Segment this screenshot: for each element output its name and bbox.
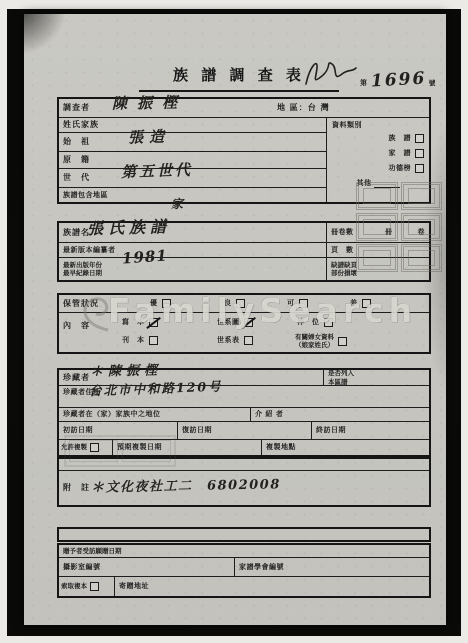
document-number-suffix: 號 xyxy=(429,79,436,87)
origin-label: 原 籍 xyxy=(63,155,90,164)
empty-row xyxy=(59,459,429,471)
section-identity-table: 調查者 地 區：台 灣 姓氏家族 始 祖 原 籍 世 代 族譜包含地區 資料類別… xyxy=(57,97,431,204)
manuscript-label: 寫 本 xyxy=(122,318,145,327)
material-option-family: 家 譜 xyxy=(332,149,424,158)
notes-table: 附 註 xyxy=(57,457,431,507)
blank-box xyxy=(57,527,431,542)
material-type-header: 資料類別 xyxy=(332,121,424,130)
missing-pages-label-line2: 部份損壞 xyxy=(331,269,357,277)
content-manuscript: 寫 本 xyxy=(122,318,158,327)
condition-option-excellent: 優 xyxy=(150,299,171,308)
women-data-label-line2: （娘家姓氏） xyxy=(295,341,334,349)
printed-copy-checkbox xyxy=(149,336,158,345)
lineage-chart-label: 世系圖 xyxy=(217,318,240,327)
scanned-document-viewport: 族 譜 調 查 表 第 1696 號 調查者 地 區：台 灣 姓氏家族 始 祖 … xyxy=(0,0,468,643)
final-visit-label: 終訪日期 xyxy=(316,426,346,435)
listed-label-line1: 是否列入 xyxy=(328,369,354,377)
lineage-table-checkbox xyxy=(244,336,253,345)
missing-pages-label-line1: 缺譜缺頁 xyxy=(331,261,357,269)
latest-year-label-line2: 最早紀錄日期 xyxy=(63,269,102,277)
donor-date-label: 贈予者受訪願贈日期 xyxy=(63,547,122,555)
page-count-label: 頁 數 xyxy=(331,246,354,255)
lineage-table-label: 世系表 xyxy=(217,336,240,345)
content-ancestral-tablet: 神 位 xyxy=(297,318,333,327)
content-printed-copy: 刊 本 xyxy=(122,336,158,345)
generation-label: 世 代 xyxy=(63,173,90,182)
surveyor-label: 調查者 xyxy=(63,103,90,112)
printed-copy-label: 刊 本 xyxy=(122,336,145,345)
material-option-merit-label: 功德榜 xyxy=(389,164,412,173)
material-type-cell: 資料類別 族 譜 家 譜 功德榜 xyxy=(327,118,429,202)
section-donation-table: 贈予者受訪願贈日期 攝影室編號 家譜學會編號 索取複本 寄贈地址 xyxy=(57,543,431,598)
section-genealogy-table: 族譜名 冊卷數 冊 卷 最新版本編纂者 頁 數 最新出版年份 最早紀錄日期 xyxy=(57,221,431,282)
return-visit-label: 復訪日期 xyxy=(182,426,212,435)
material-option-merit: 功德榜 xyxy=(332,164,424,173)
condition-option-good: 良 xyxy=(224,299,245,308)
section-collector-table: 珍藏者 是否列入 本區譜 珍藏者住址 珍藏者在（家）家族中之地位 介 紹 者 初… xyxy=(57,368,431,457)
manuscript-checkbox xyxy=(149,318,158,327)
condition-good-checkbox xyxy=(236,299,245,308)
material-option-family-label: 家 譜 xyxy=(389,149,412,158)
volumes-label: 冊卷數 xyxy=(331,228,354,237)
first-ancestor-label: 始 祖 xyxy=(63,137,90,146)
listed-label-line2: 本區譜 xyxy=(328,378,354,386)
surveyor-row: 調查者 地 區：台 灣 xyxy=(59,99,429,118)
condition-excellent-label: 優 xyxy=(150,299,158,308)
collector-position-label: 珍藏者在（家）家族中之地位 xyxy=(63,410,161,419)
condition-label: 保管狀況 xyxy=(63,299,99,308)
genealogy-name-label: 族譜名 xyxy=(63,228,90,237)
content-label: 內 容 xyxy=(63,321,90,330)
condition-good-label: 良 xyxy=(224,299,232,308)
document-number-prefix: 第 xyxy=(360,79,368,88)
clan-genealogy-checkbox xyxy=(415,134,424,143)
notes-label: 附 註 xyxy=(63,483,90,492)
copy-date-label: 預期複製日期 xyxy=(117,443,162,452)
family-label: 姓氏家族 xyxy=(63,120,99,129)
latest-editor-label: 最新版本編纂者 xyxy=(63,246,116,255)
latest-year-label-line1: 最新出版年份 xyxy=(63,261,102,269)
collector-address-label: 珍藏者住址 xyxy=(63,388,101,397)
form-title: 族 譜 調 查 表 xyxy=(139,64,339,92)
introducer-label: 介 紹 者 xyxy=(255,410,283,419)
film-room-number-label: 攝影室編號 xyxy=(63,563,101,572)
content-lineage-table: 世系表 xyxy=(217,336,253,345)
family-genealogy-checkbox xyxy=(415,149,424,158)
condition-fair-label: 可 xyxy=(287,299,295,308)
section-condition-table: 保管狀況 優 良 可 差 xyxy=(57,293,431,354)
identity-left-column: 姓氏家族 始 祖 原 籍 世 代 族譜包含地區 xyxy=(59,118,327,202)
women-data-checkbox xyxy=(338,337,347,346)
condition-excellent-checkbox xyxy=(162,299,171,308)
condition-option-poor: 差 xyxy=(350,299,371,308)
collector-label: 珍藏者 xyxy=(63,373,90,382)
coverage-label: 族譜包含地區 xyxy=(63,191,108,200)
lineage-chart-checkbox xyxy=(244,318,253,327)
mailing-address-label: 寄贈地址 xyxy=(119,582,149,591)
form-page: 族 譜 調 查 表 第 1696 號 調查者 地 區：台 灣 姓氏家族 始 祖 … xyxy=(24,14,446,625)
copy-permission-label: 允許複製 xyxy=(61,443,87,451)
document-number-value: 1696 xyxy=(370,69,426,92)
copy-location-label: 複製地點 xyxy=(266,443,296,452)
condition-poor-checkbox xyxy=(362,299,371,308)
material-option-clan-label: 族 譜 xyxy=(389,134,412,143)
material-other-blank-line xyxy=(374,179,400,188)
copy-permission-checkbox xyxy=(90,443,99,452)
material-option-clan: 族 譜 xyxy=(332,134,424,143)
society-number-label: 家譜學會編號 xyxy=(239,563,284,572)
surveyor-cell: 調查者 地 區：台 灣 xyxy=(59,99,429,117)
request-copy-checkbox xyxy=(90,582,99,591)
condition-option-fair: 可 xyxy=(287,299,308,308)
condition-fair-checkbox xyxy=(299,299,308,308)
volumes-unit-juan: 卷 xyxy=(418,228,426,237)
material-other-label: 其他 xyxy=(357,179,372,188)
first-visit-label: 初訪日期 xyxy=(63,426,93,435)
region-label: 地 區：台 灣 xyxy=(277,103,330,112)
document-number: 第 1696 號 xyxy=(360,70,435,90)
condition-poor-label: 差 xyxy=(350,299,358,308)
volumes-unit-ce: 冊 xyxy=(385,228,393,237)
content-women-data: 有關婦女資料 （娘家姓氏） xyxy=(295,333,347,350)
ancestral-tablet-label: 神 位 xyxy=(297,318,320,327)
content-lineage-chart: 世系圖 xyxy=(217,318,253,327)
ancestral-tablet-checkbox xyxy=(324,318,333,327)
merit-roll-checkbox xyxy=(415,164,424,173)
request-copy-label: 索取複本 xyxy=(61,582,87,590)
